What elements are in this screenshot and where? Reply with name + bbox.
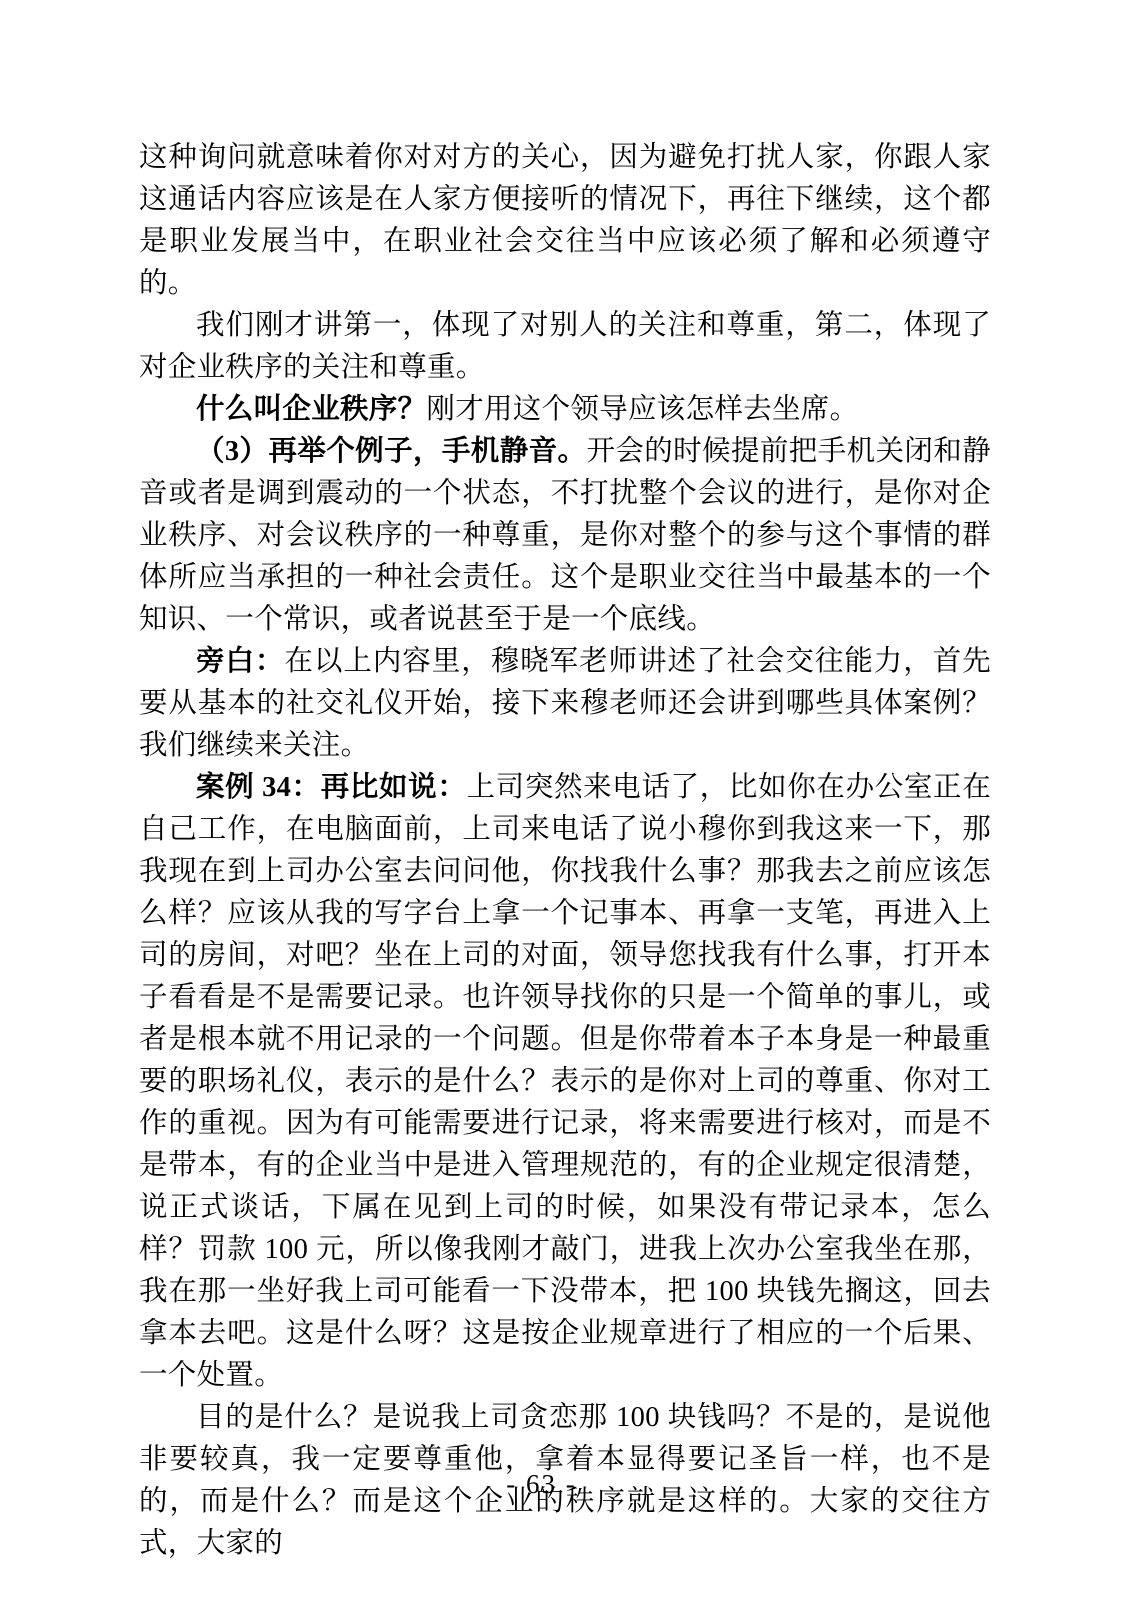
paragraph: 什么叫企业秩序？刚才用这个领导应该怎样去坐席。 (139, 389, 991, 431)
text-segment: 刚才用这个领导应该怎样去坐席。 (426, 394, 858, 425)
document-body: 这种询问就意味着你对对方的关心，因为避免打扰人家，你跟人家这通话内容应该是在人家… (139, 137, 991, 1565)
bold-text-segment: （3）再举个例子，手机静音。 (196, 436, 586, 467)
paragraph: （3）再举个例子，手机静音。开会的时候提前把手机关闭和静音或者是调到震动的一个状… (139, 431, 991, 641)
text-segment: 这种询问就意味着你对对方的关心，因为避免打扰人家，你跟人家这通话内容应该是在人家… (139, 142, 991, 299)
page-number: - 63 - (0, 1468, 1083, 1500)
bold-text-segment: 什么叫企业秩序？ (196, 394, 426, 425)
document-page: 这种询问就意味着你对对方的关心，因为避免打扰人家，你跟人家这通话内容应该是在人家… (0, 0, 1131, 1600)
bold-text-segment: 案例 34：再比如说： (196, 772, 467, 803)
bold-text-segment: 旁白： (196, 646, 284, 677)
paragraph: 案例 34：再比如说：上司突然来电话了，比如你在办公室正在自己工作，在电脑面前，… (139, 767, 991, 1397)
text-segment: 上司突然来电话了，比如你在办公室正在自己工作，在电脑面前，上司来电话了说小穆你到… (139, 772, 991, 1391)
paragraph: 旁白：在以上内容里，穆晓军老师讲述了社会交往能力，首先要从基本的社交礼仪开始，接… (139, 641, 991, 767)
paragraph: 我们刚才讲第一，体现了对别人的关注和尊重，第二，体现了对企业秩序的关注和尊重。 (139, 305, 991, 389)
text-segment: 我们刚才讲第一，体现了对别人的关注和尊重，第二，体现了对企业秩序的关注和尊重。 (139, 310, 991, 383)
paragraph: 这种询问就意味着你对对方的关心，因为避免打扰人家，你跟人家这通话内容应该是在人家… (139, 137, 991, 305)
